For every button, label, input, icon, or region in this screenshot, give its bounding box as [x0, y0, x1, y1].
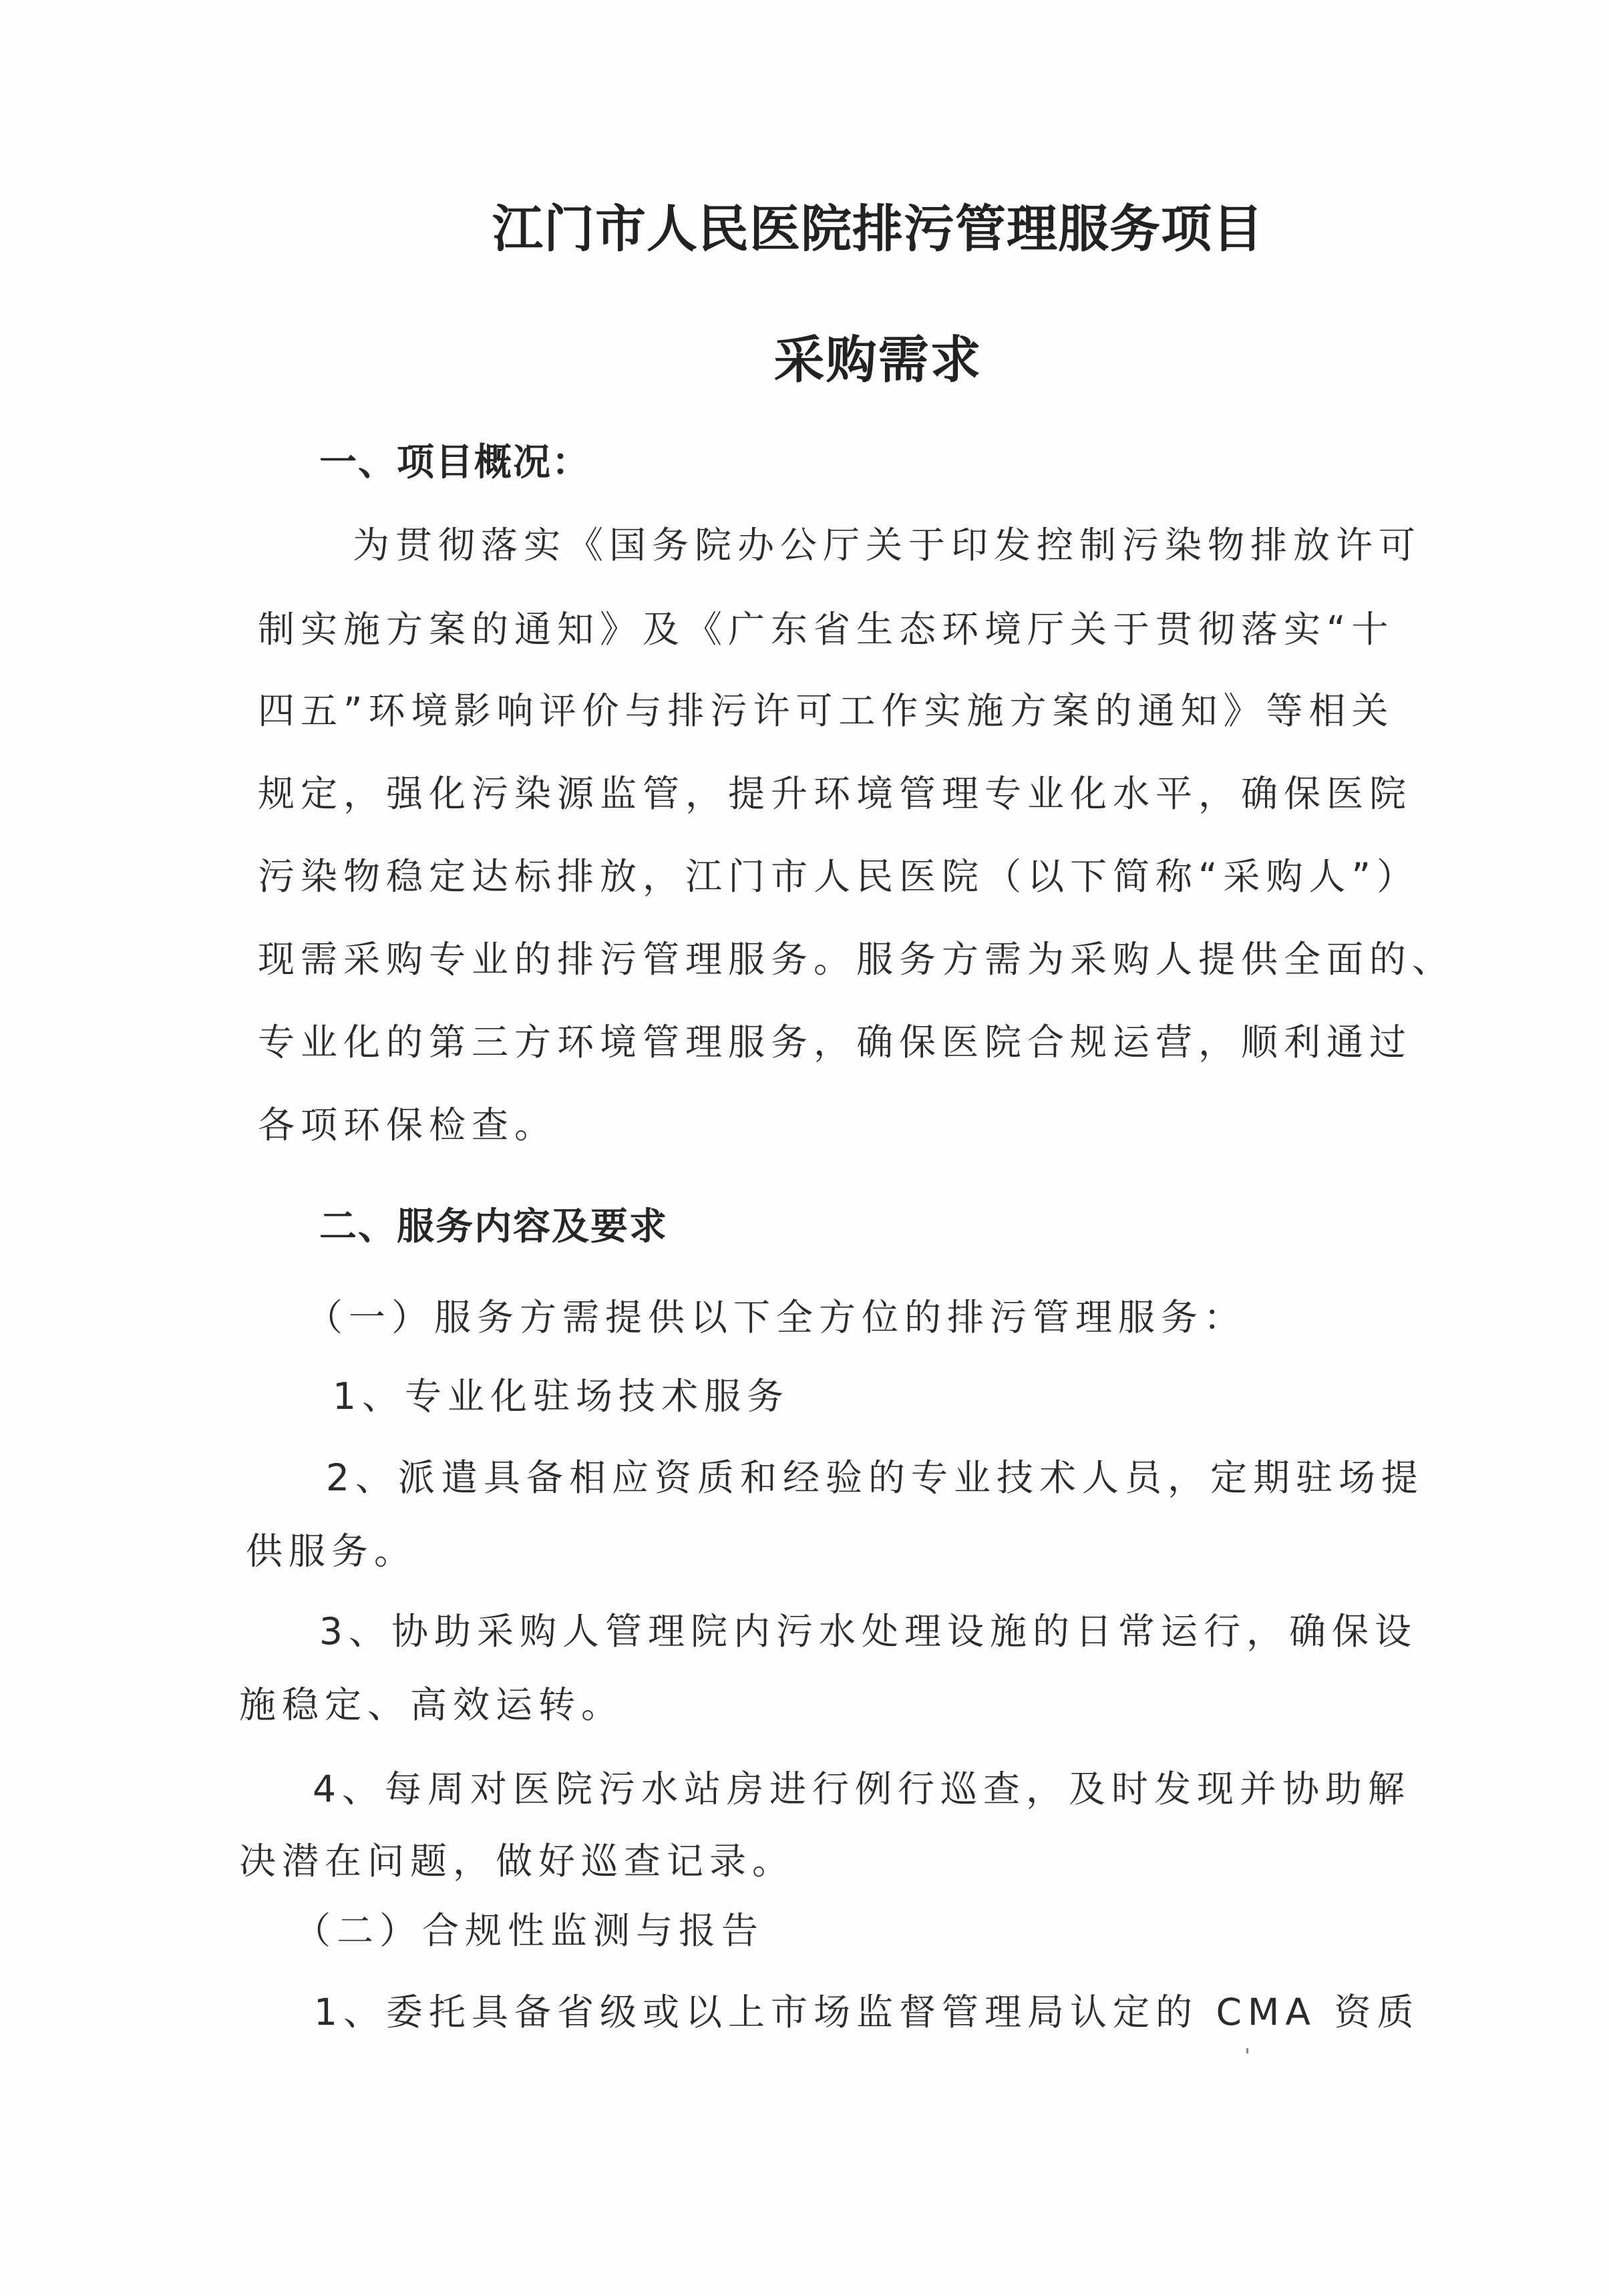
subsection-heading-compliance: （二）合规性监测与报告	[294, 1901, 764, 1954]
scan-speck	[1246, 2048, 1248, 2054]
paragraph-line: 规定，强化污染源监管，提升环境管理专业化水平，确保医院	[258, 764, 1412, 817]
section-heading-services: 二、服务内容及要求	[319, 1197, 668, 1251]
list-item-continuation: 施稳定、高效运转。	[239, 1675, 624, 1728]
subsection-heading-services: （一）服务方需提供以下全方位的排污管理服务：	[306, 1288, 1246, 1341]
document-page: 江门市人民医院排污管理服务项目 采购需求 一、项目概况： 为贯彻落实《国务院办公…	[0, 0, 1609, 2296]
list-item: 4、每周对医院污水站房进行例行巡查，及时发现并协助解	[313, 1760, 1411, 1812]
paragraph-line: 专业化的第三方环境管理服务，确保医院合规运营，顺利通过	[258, 1013, 1412, 1065]
document-subtitle: 采购需求	[73, 319, 1609, 392]
list-item: 3、协助采购人管理院内污水处理设施的日常运行，确保设	[319, 1602, 1417, 1655]
list-item: 1、专业化驻场技术服务	[333, 1367, 789, 1420]
paragraph-line: 各项环保检查。	[258, 1096, 557, 1148]
paragraph-line: 污染物稳定达标排放，江门市人民医院（以下简称“采购人”）	[258, 847, 1419, 900]
section-heading-overview: 一、项目概况：	[319, 433, 590, 486]
paragraph-line: 四五”环境影响评价与排污许可工作实施方案的通知》等相关	[258, 681, 1395, 734]
paragraph-line: 现需采购专业的排污管理服务。服务方需为采购人提供全面的、	[258, 930, 1455, 983]
paragraph-line: 为贯彻落实《国务院办公厅关于印发控制污染物排放许可	[353, 516, 1421, 568]
list-item-continuation: 决潜在问题，做好巡查记录。	[239, 1832, 795, 1884]
document-title: 江门市人民医院排污管理服务项目	[73, 188, 1609, 261]
list-item-continuation: 供服务。	[246, 1522, 417, 1575]
paragraph-line: 制实施方案的通知》及《广东省生态环境厅关于贯彻落实“十	[258, 600, 1395, 653]
list-item: 2、派遣具备相应资质和经验的专业技术人员，定期驻场提	[326, 1448, 1424, 1501]
list-item: 1、委托具备省级或以上市场监督管理局认定的 CMA 资质	[314, 1983, 1419, 2035]
